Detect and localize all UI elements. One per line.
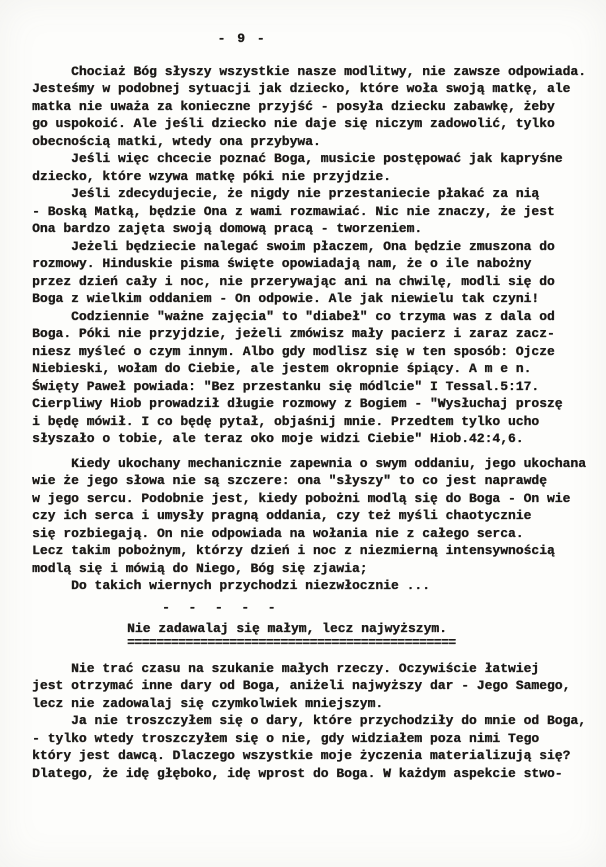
dash-separator: - - - - - bbox=[162, 599, 580, 617]
paragraph-god-answers-prayers: Chociaż Bóg słyszy wszystkie nasze modli… bbox=[32, 63, 580, 151]
page-number: - 9 - bbox=[32, 30, 452, 48]
paragraph-divine-mother: Jeśli zdecydujecie, że nigdy nie przesta… bbox=[32, 185, 580, 238]
paragraph-hindu-scriptures: Jeżeli będziecie nalegać swoim płaczem, … bbox=[32, 238, 580, 308]
line-do-takich-wiernych: Do takich wiernych przychodzi niezwłoczn… bbox=[32, 577, 580, 595]
paragraph-daily-duties-devil: Codziennie "ważne zajęcia" to "diabeł" c… bbox=[32, 308, 580, 448]
section-heading-underline: ========================================… bbox=[127, 638, 580, 648]
scanned-document-page: - 9 - Chociaż Bóg słyszy wszystkie nasze… bbox=[0, 0, 606, 867]
paragraph-mechanical-devotion: Kiedy ukochany mechanicznie zapewnia o s… bbox=[32, 455, 580, 578]
paragraph-dont-waste-time: Nie trać czasu na szukanie małych rzeczy… bbox=[32, 660, 580, 713]
paragraph-gifts-from-god: Ja nie troszczyłem się o dary, które prz… bbox=[32, 712, 580, 782]
paragraph-capricious-child: Jeśli więc chcecie poznać Boga, musicie … bbox=[32, 150, 580, 185]
